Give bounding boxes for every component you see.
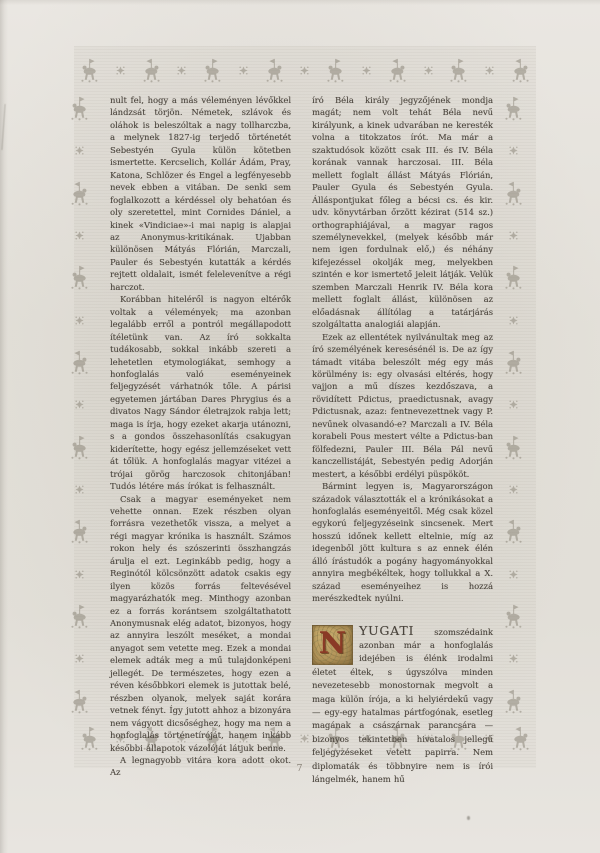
paragraph: Csak a magyar eseményeket nem vehette on… (110, 493, 291, 755)
border-right (496, 96, 530, 714)
illuminated-initial-letter: N (319, 629, 346, 659)
floral-cross-ornament-icon (424, 66, 433, 75)
rider-ornament-icon (504, 265, 523, 290)
rider-ornament-icon (504, 604, 523, 629)
rider-ornament-icon (80, 58, 99, 83)
rider-ornament-icon (70, 519, 89, 544)
floral-cross-ornament-icon (509, 316, 518, 325)
paragraph: Korábban hiteléről is nagyon eltérők vol… (110, 293, 291, 492)
rider-ornament-icon (70, 350, 89, 375)
rider-ornament-icon (70, 265, 89, 290)
print-speck (467, 816, 470, 820)
illuminated-initial-box: N (312, 625, 353, 665)
right-column: író Béla király jegyzőjének mondja magát… (312, 94, 493, 786)
rider-ornament-icon (504, 519, 523, 544)
floral-cross-ornament-icon (75, 146, 84, 155)
floral-cross-ornament-icon (509, 654, 518, 663)
floral-cross-ornament-icon (75, 231, 84, 240)
rider-ornament-icon (70, 181, 89, 206)
rider-ornament-icon (326, 58, 345, 83)
rider-ornament-icon (504, 435, 523, 460)
floral-cross-ornament-icon (300, 734, 309, 743)
rider-ornament-icon (80, 726, 99, 751)
rider-ornament-icon (70, 96, 89, 121)
paragraph: író Béla király jegyzőjének mondja magát… (312, 94, 493, 331)
floral-cross-ornament-icon (75, 654, 84, 663)
floral-cross-ornament-icon (509, 400, 518, 409)
floral-cross-ornament-icon (239, 66, 248, 75)
rider-ornament-icon (511, 58, 530, 83)
page-number: 7 (0, 763, 600, 774)
floral-cross-ornament-icon (485, 66, 494, 75)
scan-edge-shadow (0, 0, 8, 853)
scan-top-shadow (0, 0, 600, 5)
rider-ornament-icon (142, 58, 161, 83)
floral-cross-ornament-icon (509, 146, 518, 155)
floral-cross-ornament-icon (177, 66, 186, 75)
paragraph: nult fel, hogy a más véleményen lévőkkel… (110, 94, 291, 293)
left-column: nult fel, hogy a más véleményen lévőkkel… (110, 94, 291, 779)
border-left (62, 96, 96, 714)
illuminated-initial: N (312, 625, 353, 665)
floral-cross-ornament-icon (75, 570, 84, 579)
rider-ornament-icon (388, 58, 407, 83)
border-top (80, 52, 530, 88)
rider-ornament-icon (265, 58, 284, 83)
paragraph: Ezek az ellentétek nyilvánultak meg az í… (312, 331, 493, 480)
floral-cross-ornament-icon (509, 231, 518, 240)
rider-ornament-icon (70, 689, 89, 714)
floral-cross-ornament-icon (362, 66, 371, 75)
rider-ornament-icon (203, 58, 222, 83)
lead-word-caps: YUGATI (359, 623, 414, 638)
book-page: nult fel, hogy a más véleményen lévőkkel… (0, 0, 600, 853)
floral-cross-ornament-icon (75, 400, 84, 409)
rider-ornament-icon (449, 58, 468, 83)
floral-cross-ornament-icon (116, 66, 125, 75)
rider-ornament-icon (504, 350, 523, 375)
rider-ornament-icon (511, 726, 530, 751)
floral-cross-ornament-icon (75, 485, 84, 494)
rider-ornament-icon (504, 689, 523, 714)
rider-ornament-icon (70, 604, 89, 629)
floral-cross-ornament-icon (509, 570, 518, 579)
floral-cross-ornament-icon (75, 316, 84, 325)
rider-ornament-icon (504, 181, 523, 206)
rider-ornament-icon (504, 96, 523, 121)
floral-cross-ornament-icon (509, 485, 518, 494)
paragraph: Bármint legyen is, Magyarországon század… (312, 480, 493, 605)
floral-cross-ornament-icon (300, 66, 309, 75)
rider-ornament-icon (70, 435, 89, 460)
right-column-paragraphs: író Béla király jegyzőjének mondja magát… (312, 94, 493, 605)
